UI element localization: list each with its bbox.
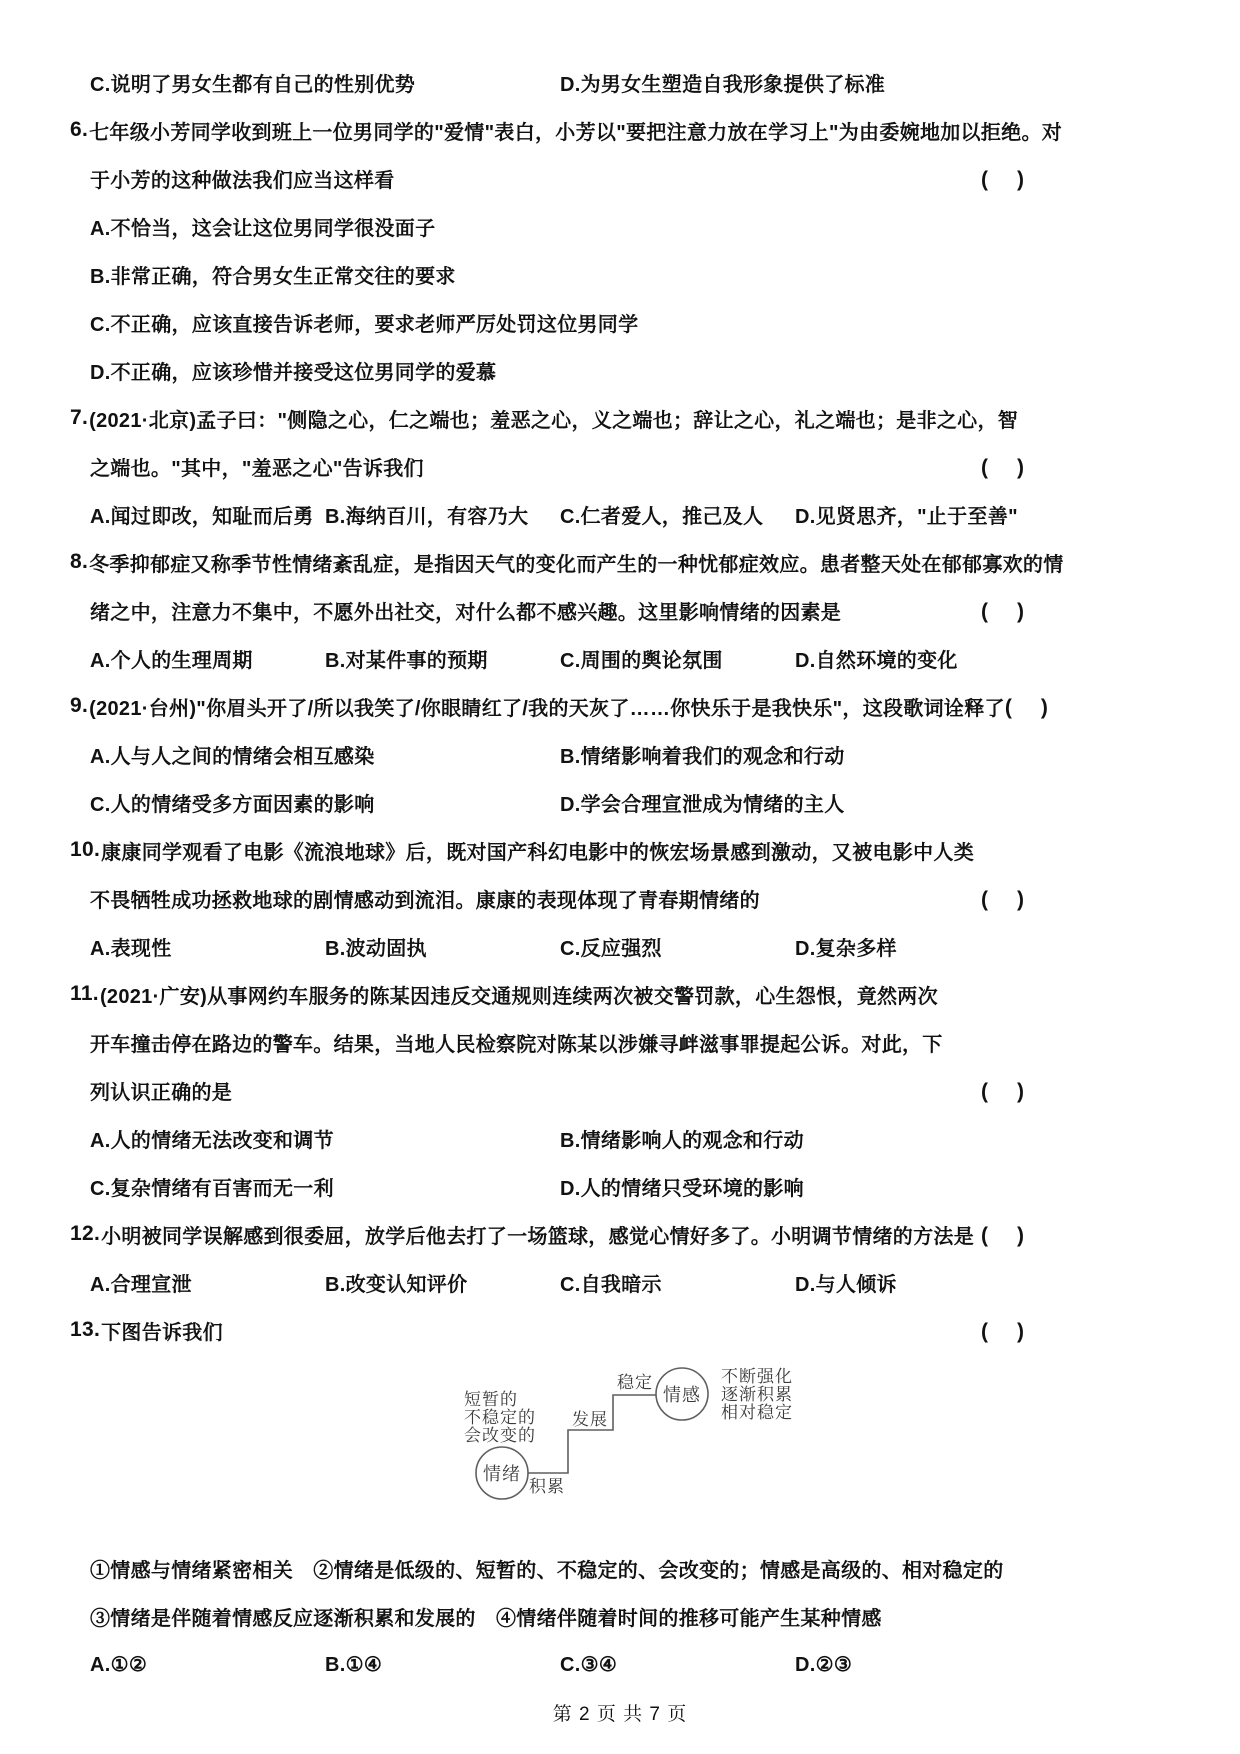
- q10-option-b: B.波动固执: [325, 932, 560, 961]
- q12-option-b: B.改变认知评价: [325, 1268, 560, 1297]
- q8-option-a: A.个人的生理周期: [90, 644, 325, 673]
- q5-option-c: C.说明了男女生都有自己的性别优势: [90, 68, 560, 97]
- q13-option-c: C.③④: [560, 1652, 795, 1677]
- q10-number: 10.: [70, 838, 101, 862]
- q6-option-a: A.不恰当，这会让这位男同学很没面子: [70, 202, 1028, 250]
- q13-line1: 13. 下图告诉我们 ( ): [70, 1306, 1028, 1354]
- q11-text-line2: 开车撞击停在路边的警车。结果，当地人民检察院对陈某以涉嫌寻衅滋事罪提起公诉。对此…: [70, 1028, 943, 1057]
- q9-options-row-cd: C.人的情绪受多方面因素的影响 D.学会合理宣泄成为情绪的主人: [70, 778, 1028, 826]
- feeling-node-label: 情感: [663, 1381, 701, 1407]
- q7-line1: 7. (2021·北京)孟子曰："侧隐之心，仁之端也；羞恶之心，义之端也；辞让之…: [70, 394, 1028, 442]
- q12-answer-brackets: ( ): [981, 1219, 1028, 1249]
- q10-line2: 不畏牺牲成功拯救地球的剧情感动到流泪。康康的表现体现了青春期情绪的 ( ): [70, 874, 1028, 922]
- q8-line2: 绪之中，注意力不集中，不愿外出社交，对什么都不感兴趣。这里影响情绪的因素是 ( …: [70, 586, 1028, 634]
- q13-diagram: 短暂的 不稳定的 会改变的 情绪 积累 发展 稳定 情感 不断强化 逐渐积累 相…: [420, 1354, 820, 1544]
- q8-options-row: A.个人的生理周期 B.对某件事的预期 C.周围的舆论氛围 D.自然环境的变化: [70, 634, 1028, 682]
- q6-answer-brackets: ( ): [981, 163, 1028, 193]
- q7-option-b: B.海纳百川，有容乃大: [325, 500, 560, 529]
- q6-line2: 于小芳的这种做法我们应当这样看 ( ): [70, 154, 1028, 202]
- q12-text-line1: 小明被同学误解感到很委屈，放学后他去打了一场篮球，感觉心情好多了。小明调节情绪的…: [101, 1220, 974, 1249]
- exam-paper-page: C.说明了男女生都有自己的性别优势 D.为男女生塑造自我形象提供了标准 6. 七…: [0, 0, 1240, 1754]
- q12-option-c: C.自我暗示: [560, 1268, 795, 1297]
- q8-text-line2: 绪之中，注意力不集中，不愿外出社交，对什么都不感兴趣。这里影响情绪的因素是: [70, 596, 841, 625]
- q11-line3: 列认识正确的是 ( ): [70, 1066, 1028, 1114]
- q13-statement-line1: ①情感与情绪紧密相关 ②情绪是低级的、短暂的、不稳定的、会改变的；情感是高级的、…: [70, 1544, 1028, 1592]
- q12-number: 12.: [70, 1222, 101, 1246]
- q6-text-line1: 七年级小芳同学收到班上一位男同学的"爱情"表白，小芳以"要把注意力放在学习上"为…: [89, 116, 1062, 145]
- emotion-node-label: 情绪: [483, 1460, 521, 1486]
- q11-number: 11.: [70, 982, 100, 1006]
- q9-option-b: B.情绪影响着我们的观念和行动: [560, 740, 845, 769]
- step-label-stable: 稳定: [617, 1374, 653, 1392]
- q11-line1: 11. (2021·广安)从事网约车服务的陈某因违反交通规则连续两次被交警罚款，…: [70, 970, 1028, 1018]
- q11-option-b: B.情绪影响人的观念和行动: [560, 1124, 804, 1153]
- q7-text-line1: (2021·北京)孟子曰："侧隐之心，仁之端也；羞恶之心，义之端也；辞让之心，礼…: [89, 404, 1018, 433]
- q6-option-c: C.不正确，应该直接告诉老师，要求老师严厉处罚这位男同学: [70, 298, 1028, 346]
- q7-option-d: D.见贤思齐，"止于至善": [795, 500, 1018, 529]
- q7-line2: 之端也。"其中，"羞恶之心"告诉我们 ( ): [70, 442, 1028, 490]
- q9-options-row-ab: A.人与人之间的情绪会相互感染 B.情绪影响着我们的观念和行动: [70, 730, 1028, 778]
- q11-option-c: C.复杂情绪有百害而无一利: [90, 1172, 560, 1201]
- q8-answer-brackets: ( ): [981, 595, 1028, 625]
- q9-option-c: C.人的情绪受多方面因素的影响: [90, 788, 560, 817]
- q5-option-d: D.为男女生塑造自我形象提供了标准: [560, 68, 885, 97]
- q12-option-a: A.合理宣泄: [90, 1268, 325, 1297]
- q6-option-d: D.不正确，应该珍惜并接受这位男同学的爱慕: [70, 346, 1028, 394]
- q8-option-d: D.自然环境的变化: [795, 644, 958, 673]
- q7-option-a: A.闻过即改，知耻而后勇: [90, 500, 325, 529]
- step-label-develop: 发展: [572, 1411, 608, 1429]
- q6-text-line2: 于小芳的这种做法我们应当这样看: [70, 164, 395, 193]
- diagram-right-labels: 不断强化 逐渐积累 相对稳定: [721, 1368, 793, 1422]
- q10-option-d: D.复杂多样: [795, 932, 897, 961]
- q13-answer-brackets: ( ): [981, 1315, 1028, 1345]
- q10-line1: 10. 康康同学观看了电影《流浪地球》后，既对国产科幻电影中的恢宏场景感到激动，…: [70, 826, 1028, 874]
- q11-option-d: D.人的情绪只受环境的影响: [560, 1172, 804, 1201]
- q9-option-d: D.学会合理宣泄成为情绪的主人: [560, 788, 845, 817]
- q7-answer-brackets: ( ): [981, 451, 1028, 481]
- exam-content: C.说明了男女生都有自己的性别优势 D.为男女生塑造自我形象提供了标准 6. 七…: [70, 0, 1028, 1688]
- page-footer: 第 2 页 共 7 页: [0, 1688, 1240, 1736]
- q7-text-line2: 之端也。"其中，"羞恶之心"告诉我们: [70, 452, 424, 481]
- q11-text-line3: 列认识正确的是: [70, 1076, 232, 1105]
- q8-text-line1: 冬季抑郁症又称季节性情绪紊乱症，是指因天气的变化而产生的一种忧郁症效应。患者整天…: [89, 548, 1063, 577]
- q9-option-a: A.人与人之间的情绪会相互感染: [90, 740, 560, 769]
- q10-text-line1: 康康同学观看了电影《流浪地球》后，既对国产科幻电影中的恢宏场景感到激动，又被电影…: [101, 836, 974, 865]
- diagram-left-labels: 短暂的 不稳定的 会改变的: [464, 1391, 536, 1445]
- q12-line1: 12. 小明被同学误解感到很委屈，放学后他去打了一场篮球，感觉心情好多了。小明调…: [70, 1210, 1028, 1258]
- q8-line1: 8. 冬季抑郁症又称季节性情绪紊乱症，是指因天气的变化而产生的一种忧郁症效应。患…: [70, 538, 1028, 586]
- q10-options-row: A.表现性 B.波动固执 C.反应强烈 D.复杂多样: [70, 922, 1028, 970]
- q8-number: 8.: [70, 550, 89, 574]
- q9-number: 9.: [70, 694, 89, 718]
- q13-option-b: B.①④: [325, 1652, 560, 1677]
- q6-number: 6.: [70, 118, 89, 142]
- q13-option-d: D.②③: [795, 1652, 852, 1677]
- q13-statement-line2: ③情绪是伴随着情感反应逐渐积累和发展的 ④情绪伴随着时间的推移可能产生某种情感: [70, 1592, 1028, 1640]
- q11-option-a: A.人的情绪无法改变和调节: [90, 1124, 560, 1153]
- q11-options-row-ab: A.人的情绪无法改变和调节 B.情绪影响人的观念和行动: [70, 1114, 1028, 1162]
- q5-options-row-cd: C.说明了男女生都有自己的性别优势 D.为男女生塑造自我形象提供了标准: [70, 58, 1028, 106]
- q13-option-a: A.①②: [90, 1652, 325, 1677]
- q7-option-c: C.仁者爱人，推己及人: [560, 500, 795, 529]
- q10-text-line2: 不畏牺牲成功拯救地球的剧情感动到流泪。康康的表现体现了青春期情绪的: [70, 884, 760, 913]
- q10-answer-brackets: ( ): [981, 883, 1028, 913]
- q10-option-a: A.表现性: [90, 932, 325, 961]
- step-label-accumulate: 积累: [529, 1478, 565, 1496]
- q12-option-d: D.与人倾诉: [795, 1268, 897, 1297]
- q7-options-row: A.闻过即改，知耻而后勇 B.海纳百川，有容乃大 C.仁者爱人，推己及人 D.见…: [70, 490, 1028, 538]
- q11-line2: 开车撞击停在路边的警车。结果，当地人民检察院对陈某以涉嫌寻衅滋事罪提起公诉。对此…: [70, 1018, 1028, 1066]
- q13-options-row: A.①② B.①④ C.③④ D.②③: [70, 1640, 1028, 1688]
- q13-number: 13.: [70, 1318, 101, 1342]
- q9-line1: 9. (2021·台州)"你眉头开了/所以我笑了/你眼睛红了/我的天灰了……你快…: [70, 682, 1028, 730]
- q7-number: 7.: [70, 406, 89, 430]
- q11-text-line1: (2021·广安)从事网约车服务的陈某因违反交通规则连续两次被交警罚款，心生怨恨…: [100, 980, 938, 1009]
- q6-option-b: B.非常正确，符合男女生正常交往的要求: [70, 250, 1028, 298]
- q8-option-b: B.对某件事的预期: [325, 644, 560, 673]
- q9-answer-brackets: ( ): [1005, 691, 1052, 721]
- q9-text-line1: (2021·台州)"你眉头开了/所以我笑了/你眼睛红了/我的天灰了……你快乐于是…: [89, 692, 1005, 721]
- q11-options-row-cd: C.复杂情绪有百害而无一利 D.人的情绪只受环境的影响: [70, 1162, 1028, 1210]
- q11-answer-brackets: ( ): [981, 1075, 1028, 1105]
- q6-line1: 6. 七年级小芳同学收到班上一位男同学的"爱情"表白，小芳以"要把注意力放在学习…: [70, 106, 1028, 154]
- q8-option-c: C.周围的舆论氛围: [560, 644, 795, 673]
- q10-option-c: C.反应强烈: [560, 932, 795, 961]
- q12-options-row: A.合理宣泄 B.改变认知评价 C.自我暗示 D.与人倾诉: [70, 1258, 1028, 1306]
- q13-text-line1: 下图告诉我们: [101, 1316, 223, 1345]
